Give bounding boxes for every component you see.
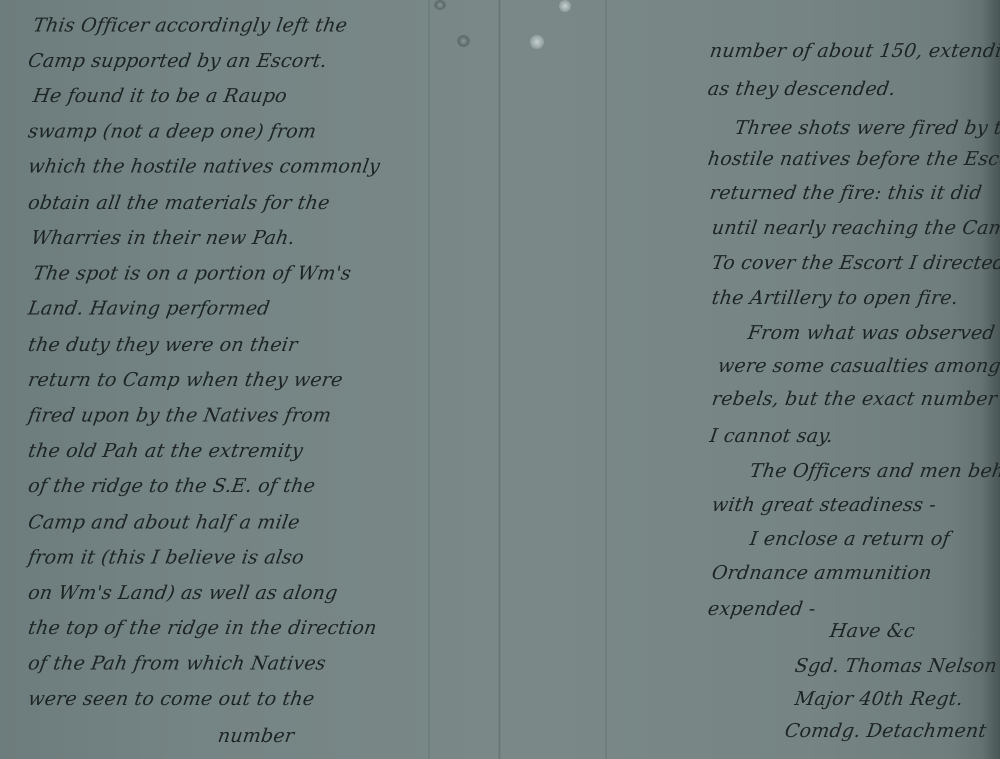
text-line: number of about 150, extending [708,40,1000,62]
paper-spot [530,35,544,49]
text-line: the top of the ridge in the direction [27,617,379,639]
text-line: To cover the Escort I directed [710,252,1000,274]
text-line: the Artillery to open fire. [710,287,959,309]
text-line: Wharries in their new Pah. [30,227,297,249]
text-line: return to Camp when they were [27,369,345,391]
text-line: This Officer accordingly left the [32,14,349,36]
text-line: The Officers and men behaved [748,460,1000,482]
paper-spot [457,35,470,47]
text-line: I enclose a return of [748,528,951,550]
text-line: the old Pah at the extremity [27,440,305,462]
paper-crease [428,0,430,759]
text-line: Three shots were fired by the [733,117,1000,139]
text-line: were some casualties among the [716,355,1000,377]
text-line: expended - [706,598,817,620]
text-line: were seen to come out to the [27,688,316,710]
text-line: The spot is on a portion of Wm's [32,262,353,284]
text-line: Camp and about half a mile [27,511,302,533]
text-line: swamp (not a deep one) from [27,120,318,142]
text-line: I cannot say. [708,425,834,447]
catchword: number [216,725,295,747]
text-line: the duty they were on their [27,334,300,356]
text-line: on Wm's Land) as well as along [27,582,340,604]
center-fold [498,0,501,759]
paper-crease [605,0,607,759]
text-line: of the Pah from which Natives [27,653,328,675]
paper-spot [559,0,571,12]
text-line: rebels, but the exact number [710,388,998,410]
text-line: as they descended. [706,78,897,100]
signature-name: Sgd. Thomas Nelson [793,655,998,677]
text-line: with great steadiness - [710,494,937,516]
text-line: From what was observed there [746,322,1000,344]
page-edge-shadow [982,0,1000,759]
text-line: hostile natives before the Escort [706,148,1000,170]
text-line: Ordnance ammunition [710,562,933,584]
closing-line: Have &c [828,620,916,642]
signature-rank: Major 40th Regt. [793,688,964,710]
paper-spot [434,0,446,10]
text-line: fired upon by the Natives from [27,405,333,427]
text-line: from it (this I believe is also [27,547,306,569]
text-line: returned the fire: this it did [708,182,983,204]
text-line: of the ridge to the S.E. of the [27,475,317,497]
text-line: which the hostile natives commonly [27,156,382,178]
right-page [500,0,1000,759]
text-line: Land. Having performed [27,298,272,320]
signature-title: Comdg. Detachment [783,720,987,742]
text-line: until nearly reaching the Camp - [710,217,1000,239]
text-line: He found it to be a Raupo [32,85,289,107]
text-line: Camp supported by an Escort. [27,50,329,72]
text-line: obtain all the materials for the [27,192,332,214]
